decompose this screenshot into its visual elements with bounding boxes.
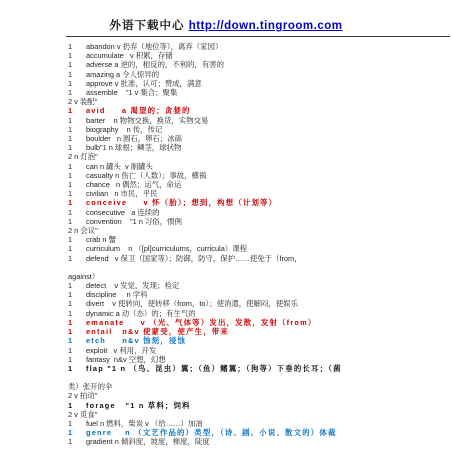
entry-number: 1 — [68, 309, 86, 318]
entry-continuation-line: against） — [68, 272, 450, 281]
entry-row: 1curriculum n （[pl]curriculums，curricula… — [68, 244, 450, 253]
entry-row: 1chance n 偶然；运气，命运 — [68, 180, 450, 189]
entry-row: 1conceive v 怀（胎）；想到，构想（计划等） — [68, 198, 450, 207]
entry-text: genre n （文艺作品的）类型，（诗、剧、小说、散文的）体裁 — [86, 428, 337, 437]
entry-number: 1 — [68, 428, 86, 437]
entry-number: 1 — [68, 189, 86, 198]
entry-row: 1convention "1 n 习俗，惯例 — [68, 217, 450, 226]
entry-row: 1forage "1 n 草料；饲料 — [68, 401, 450, 410]
entry-row: 1casualty n 伤亡（人数）；事故，横祸 — [68, 171, 450, 180]
entry-number: 1 — [68, 198, 86, 207]
entry-text: forage "1 n 草料；饲料 — [86, 401, 191, 410]
entry-text: 2 n 会议" — [68, 226, 98, 235]
entry-continuation-line: 2 v 装配" — [68, 97, 450, 106]
entry-text: 2 v 装配" — [68, 97, 97, 106]
entry-row: 1divert v 使转向，使转移（from，to）；使消遣，使解闷，使娱乐 — [68, 299, 450, 308]
entry-number: 1 — [68, 299, 86, 308]
entry-number: 1 — [68, 106, 86, 115]
entry-row: 1adverse a 逆的，相反的，不利的，有害的 — [68, 60, 450, 69]
entry-continuation-line: 2 v 觅食" — [68, 410, 450, 419]
entry-text: etch n&v 蚀刻，浸蚀 — [86, 336, 186, 345]
entry-row: 1abandon v 扔弃（地位等），离弃（家园） — [68, 42, 450, 51]
entry-row: 1civilian n 市民，平民 — [68, 189, 450, 198]
entry-text: fantasy n&v 空想，幻想 — [86, 355, 166, 364]
page-header: 外语下载中心 http://down.tingroom.com — [0, 0, 452, 33]
entry-text: fuel n 燃料，柴炭 v （给……）加油 — [86, 419, 203, 428]
entry-number: 1 — [68, 355, 86, 364]
entry-text: emanate v （光、气体等）发出，发散，发射（from） — [86, 318, 317, 327]
entry-number: 1 — [68, 235, 86, 244]
entry-row: 1accumulate v 积累，存储 — [68, 51, 450, 60]
header-divider — [66, 36, 450, 37]
entry-number: 1 — [68, 162, 86, 171]
entry-continuation-line: 类）张开的伞 — [68, 382, 450, 391]
entry-number: 1 — [68, 244, 86, 253]
entry-text: against） — [68, 272, 99, 281]
entry-text: avid a 渴望的；贪婪的 — [86, 106, 191, 115]
entry-number: 1 — [68, 70, 86, 79]
entry-row: 1dynamic a 动（态）的；有生气的 — [68, 309, 450, 318]
entry-text: consecutive a 连续的 — [86, 208, 160, 217]
entry-text: 2 n 灯泡" — [68, 152, 98, 161]
entry-number: 1 — [68, 327, 86, 336]
entry-row: 1detect v 发觉，发现；检定 — [68, 281, 450, 290]
entry-row: 1exploit v 利用，开发 — [68, 346, 450, 355]
entry-text: gradient n 倾斜度，坡度，梯度，陡度 — [86, 437, 210, 446]
entry-row: 1etch n&v 蚀刻，浸蚀 — [68, 336, 450, 345]
entry-continuation-line: 2 v 拍动" — [68, 391, 450, 400]
entry-row: 1flap "1 n （鸟、昆虫）翼；（鱼）鳍翼；（狗等）下垂的长耳；（菌 — [68, 364, 450, 373]
entry-text: crab n 蟹 — [86, 235, 116, 244]
entry-text: approve v 批准，认可；赞成，满意 — [86, 79, 202, 88]
entry-row: 1can n 罐头 v 制罐头 — [68, 162, 450, 171]
entry-number: 1 — [68, 116, 86, 125]
entry-text: assemble "1 v 集合；聚集 — [86, 88, 177, 97]
entry-text: curriculum n （[pl]curriculums，curricula）… — [86, 244, 247, 253]
entry-text: biography n 传，传记 — [86, 125, 162, 134]
document-page: 外语下载中心 http://down.tingroom.com 1abandon… — [0, 0, 452, 452]
entry-row: 1genre n （文艺作品的）类型，（诗、剧、小说、散文的）体裁 — [68, 428, 450, 437]
entry-text: bulb"1 n 球根；鳞茎，球状物 — [86, 143, 181, 152]
entry-number: 1 — [68, 281, 86, 290]
entry-row: 1bulb"1 n 球根；鳞茎，球状物 — [68, 143, 450, 152]
entry-text: conceive v 怀（胎）；想到，构想（计划等） — [86, 198, 277, 207]
entry-number: 1 — [68, 143, 86, 152]
entry-text: chance n 偶然；运气，命运 — [86, 180, 181, 189]
entry-text: defend v 保卫（国家等）；防御，防守，保护……使免于（from， — [86, 254, 302, 263]
entry-row: 1fantasy n&v 空想，幻想 — [68, 355, 450, 364]
entry-number: 1 — [68, 42, 86, 51]
entry-row: 1assemble "1 v 集合；聚集 — [68, 88, 450, 97]
entry-number: 1 — [68, 88, 86, 97]
entry-number: 1 — [68, 364, 86, 373]
entry-number: 1 — [68, 79, 86, 88]
entry-row: 1fuel n 燃料，柴炭 v （给……）加油 — [68, 419, 450, 428]
entry-number: 1 — [68, 171, 86, 180]
entry-continuation-line: 2 n 灯泡" — [68, 152, 450, 161]
entry-row: 1discipline n 学科 — [68, 290, 450, 299]
entry-number: 1 — [68, 254, 86, 263]
entry-text: detect v 发觉，发现；检定 — [86, 281, 179, 290]
entry-text: boulder n 圆石，卵石；冰砾 — [86, 134, 182, 143]
entry-number: 1 — [68, 180, 86, 189]
entry-text: accumulate v 积累，存储 — [86, 51, 173, 60]
entry-number: 1 — [68, 401, 86, 410]
entry-number: 1 — [68, 134, 86, 143]
entry-number: 1 — [68, 208, 86, 217]
entry-text: exploit v 利用，开发 — [86, 346, 156, 355]
entry-text: 2 v 拍动" — [68, 391, 97, 400]
entry-row: 1biography n 传，传记 — [68, 125, 450, 134]
site-title: 外语下载中心 — [109, 20, 184, 32]
entry-row: 1barter n 物物交换，换货，实物交易 — [68, 116, 450, 125]
entry-row: 1entail n&v 使蒙受，使产生，带来 — [68, 327, 450, 336]
entry-number: 1 — [68, 217, 86, 226]
entry-number: 1 — [68, 437, 86, 446]
entry-text: discipline n 学科 — [86, 290, 148, 299]
entry-number: 1 — [68, 125, 86, 134]
entry-text: can n 罐头 v 制罐头 — [86, 162, 153, 171]
entry-text: dynamic a 动（态）的；有生气的 — [86, 309, 196, 318]
entry-number: 1 — [68, 336, 86, 345]
entry-text: flap "1 n （鸟、昆虫）翼；（鱼）鳍翼；（狗等）下垂的长耳；（菌 — [86, 364, 342, 373]
entry-number: 1 — [68, 318, 86, 327]
entry-row: 1gradient n 倾斜度，坡度，梯度，陡度 — [68, 437, 450, 446]
entry-text: entail n&v 使蒙受，使产生，带来 — [86, 327, 229, 336]
entry-text: divert v 使转向，使转移（from，to）；使消遣，使解闷，使娱乐 — [86, 299, 298, 308]
entry-text: 类）张开的伞 — [68, 382, 112, 391]
entry-number: 1 — [68, 346, 86, 355]
entry-number: 1 — [68, 60, 86, 69]
entry-continuation-line: 2 n 会议" — [68, 226, 450, 235]
entry-text: 2 v 觅食" — [68, 410, 97, 419]
site-url-link[interactable]: http://down.tingroom.com — [189, 20, 343, 32]
entry-text: abandon v 扔弃（地位等），离弃（家园） — [86, 42, 222, 51]
entry-number: 1 — [68, 290, 86, 299]
entry-row: 1boulder n 圆石，卵石；冰砾 — [68, 134, 450, 143]
entry-number: 1 — [68, 51, 86, 60]
entry-row: 1approve v 批准，认可；赞成，满意 — [68, 79, 450, 88]
entry-text: adverse a 逆的，相反的，不利的，有害的 — [86, 60, 224, 69]
entry-row: 1consecutive a 连续的 — [68, 208, 450, 217]
entry-row: 1amazing a 令人惊异的 — [68, 70, 450, 79]
entry-row: 1crab n 蟹 — [68, 235, 450, 244]
entry-text: civilian n 市民，平民 — [86, 189, 157, 198]
entry-number: 1 — [68, 419, 86, 428]
entry-text: amazing a 令人惊异的 — [86, 70, 159, 79]
entry-row: 1avid a 渴望的；贪婪的 — [68, 106, 450, 115]
entry-text: convention "1 n 习俗，惯例 — [86, 217, 182, 226]
entry-row: 1defend v 保卫（国家等）；防御，防守，保护……使免于（from， — [68, 254, 450, 263]
entry-text: casualty n 伤亡（人数）；事故，横祸 — [86, 171, 206, 180]
entry-list: 1abandon v 扔弃（地位等），离弃（家园）1accumulate v 积… — [68, 42, 450, 447]
entry-text: barter n 物物交换，换货，实物交易 — [86, 116, 208, 125]
entry-row: 1emanate v （光、气体等）发出，发散，发射（from） — [68, 318, 450, 327]
